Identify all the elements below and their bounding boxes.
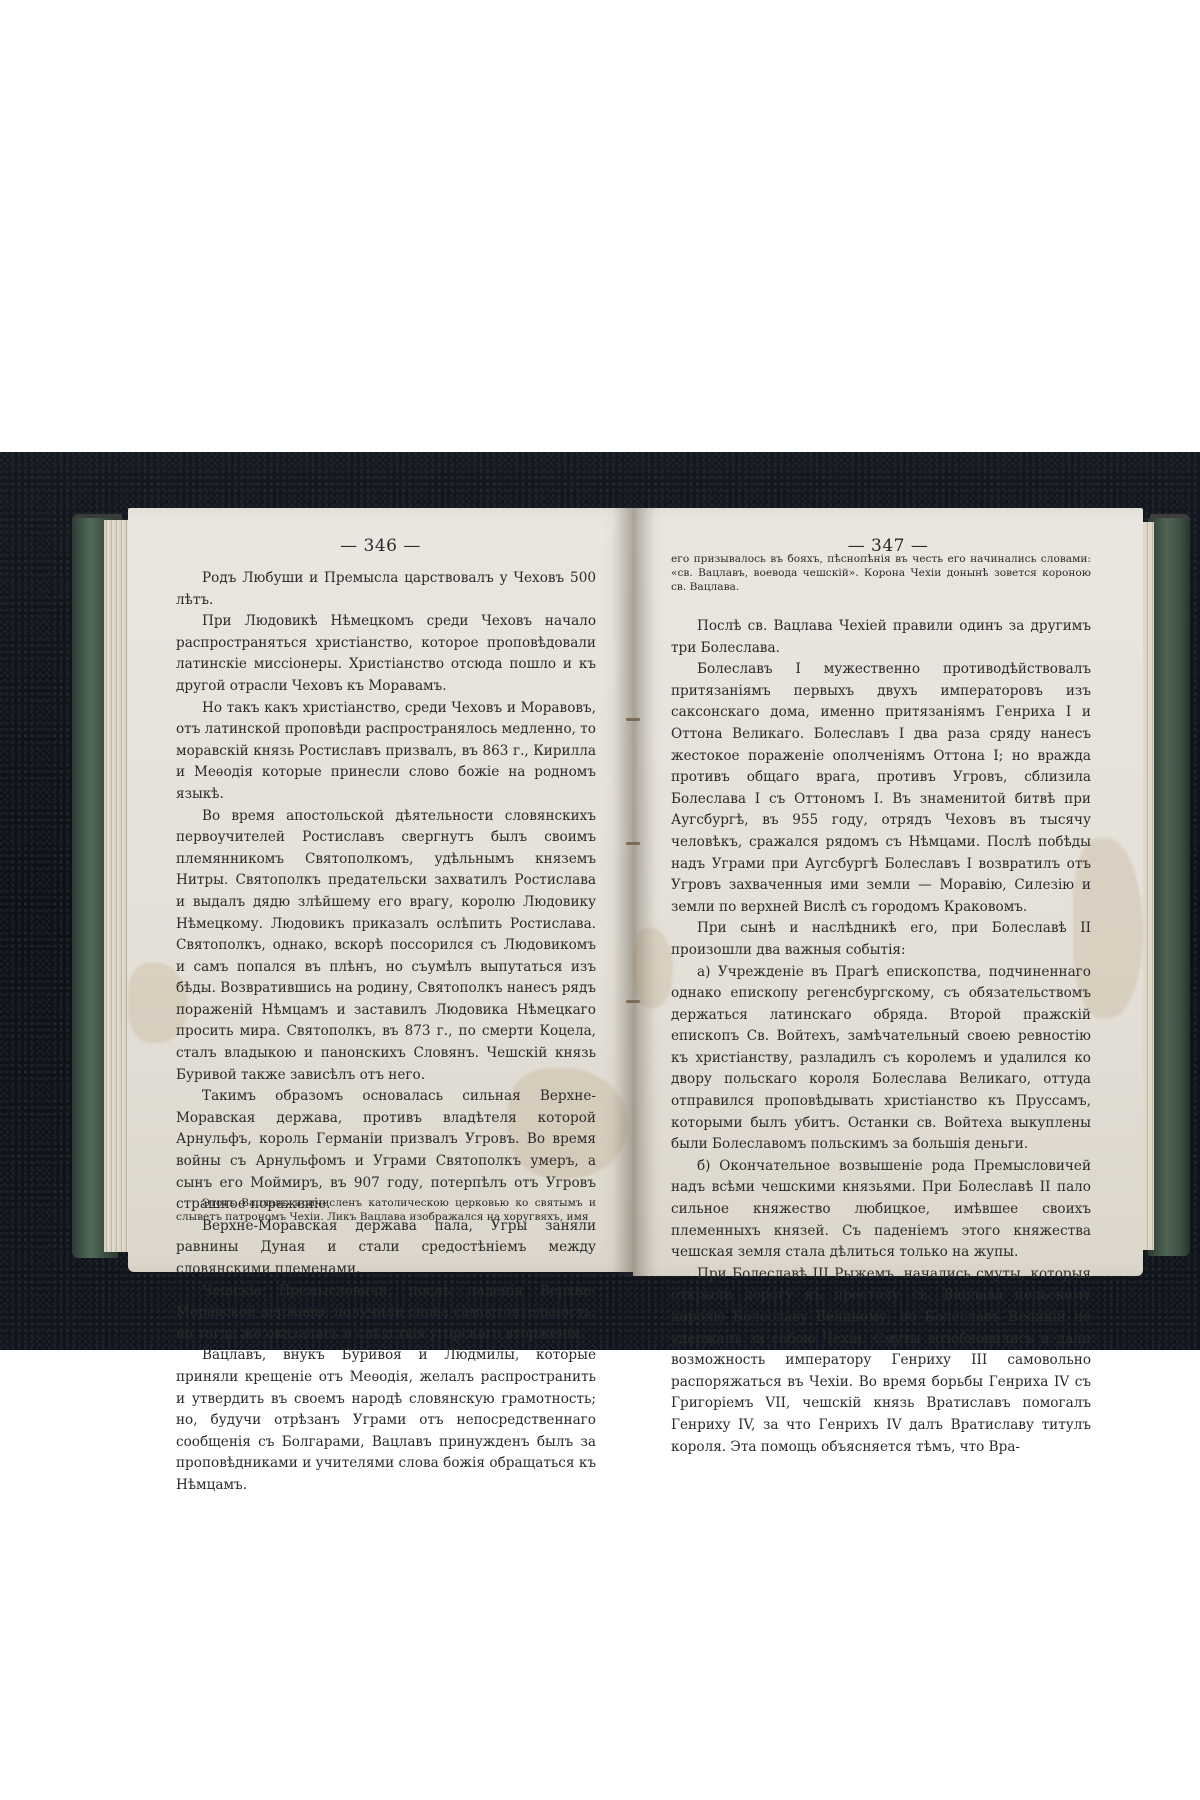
paragraph: При Болеславѣ III Рыжемъ, начались смуты… xyxy=(671,1264,1091,1458)
right-page-body: Послѣ св. Вацлава Чехіей правили одинъ з… xyxy=(671,616,1091,1458)
paragraph: а) Учрежденіе въ Прагѣ епископства, подч… xyxy=(671,962,1091,1156)
right-page: — 347 — его призывалось въ бояхъ, пѣсноп… xyxy=(633,508,1143,1276)
right-page-footnote-continuation: его призывалось въ бояхъ, пѣснопѣнія въ … xyxy=(671,552,1091,594)
binding-thread xyxy=(626,718,640,721)
binding-thread xyxy=(626,1000,640,1003)
left-page: — 346 — Родъ Любуши и Премысла царствова… xyxy=(128,508,633,1272)
page-number-346: — 346 — xyxy=(128,536,633,556)
paragraph: При Людовикѣ Нѣмецкомъ среди Чеховъ нача… xyxy=(176,611,596,697)
paragraph: б) Окончательное возвышеніе рода Премысл… xyxy=(671,1156,1091,1264)
paragraph: Но такъ какъ христіанство, среди Чеховъ … xyxy=(176,698,596,806)
page-stack-left xyxy=(104,520,130,1252)
paragraph: При сынѣ и наслѣдникѣ его, при Болеславѣ… xyxy=(671,918,1091,961)
left-page-body: Родъ Любуши и Премысла царствовалъ у Чех… xyxy=(176,568,596,1497)
left-page-footnote: Этотъ Вацлавъ причисленъ католическою це… xyxy=(176,1196,596,1224)
paragraph: Верхне-Моравская держава пала, Угры заня… xyxy=(176,1216,596,1281)
paragraph: Болеславъ I мужественно противодѣйствова… xyxy=(671,659,1091,918)
book-cover-right-board xyxy=(1148,518,1190,1256)
paragraph: Послѣ св. Вацлава Чехіей правили одинъ з… xyxy=(671,616,1091,659)
paragraph: Вацлавъ, внукъ Буривоя и Людмилы, которы… xyxy=(176,1345,596,1496)
paragraph: Во время апостольской дѣятельности словя… xyxy=(176,806,596,1087)
binding-thread xyxy=(626,842,640,845)
paragraph: Чешскіе Премысловичи, послѣ паденія Верх… xyxy=(176,1281,596,1346)
paragraph: Родъ Любуши и Премысла царствовалъ у Чех… xyxy=(176,568,596,611)
water-stain xyxy=(633,928,673,1008)
